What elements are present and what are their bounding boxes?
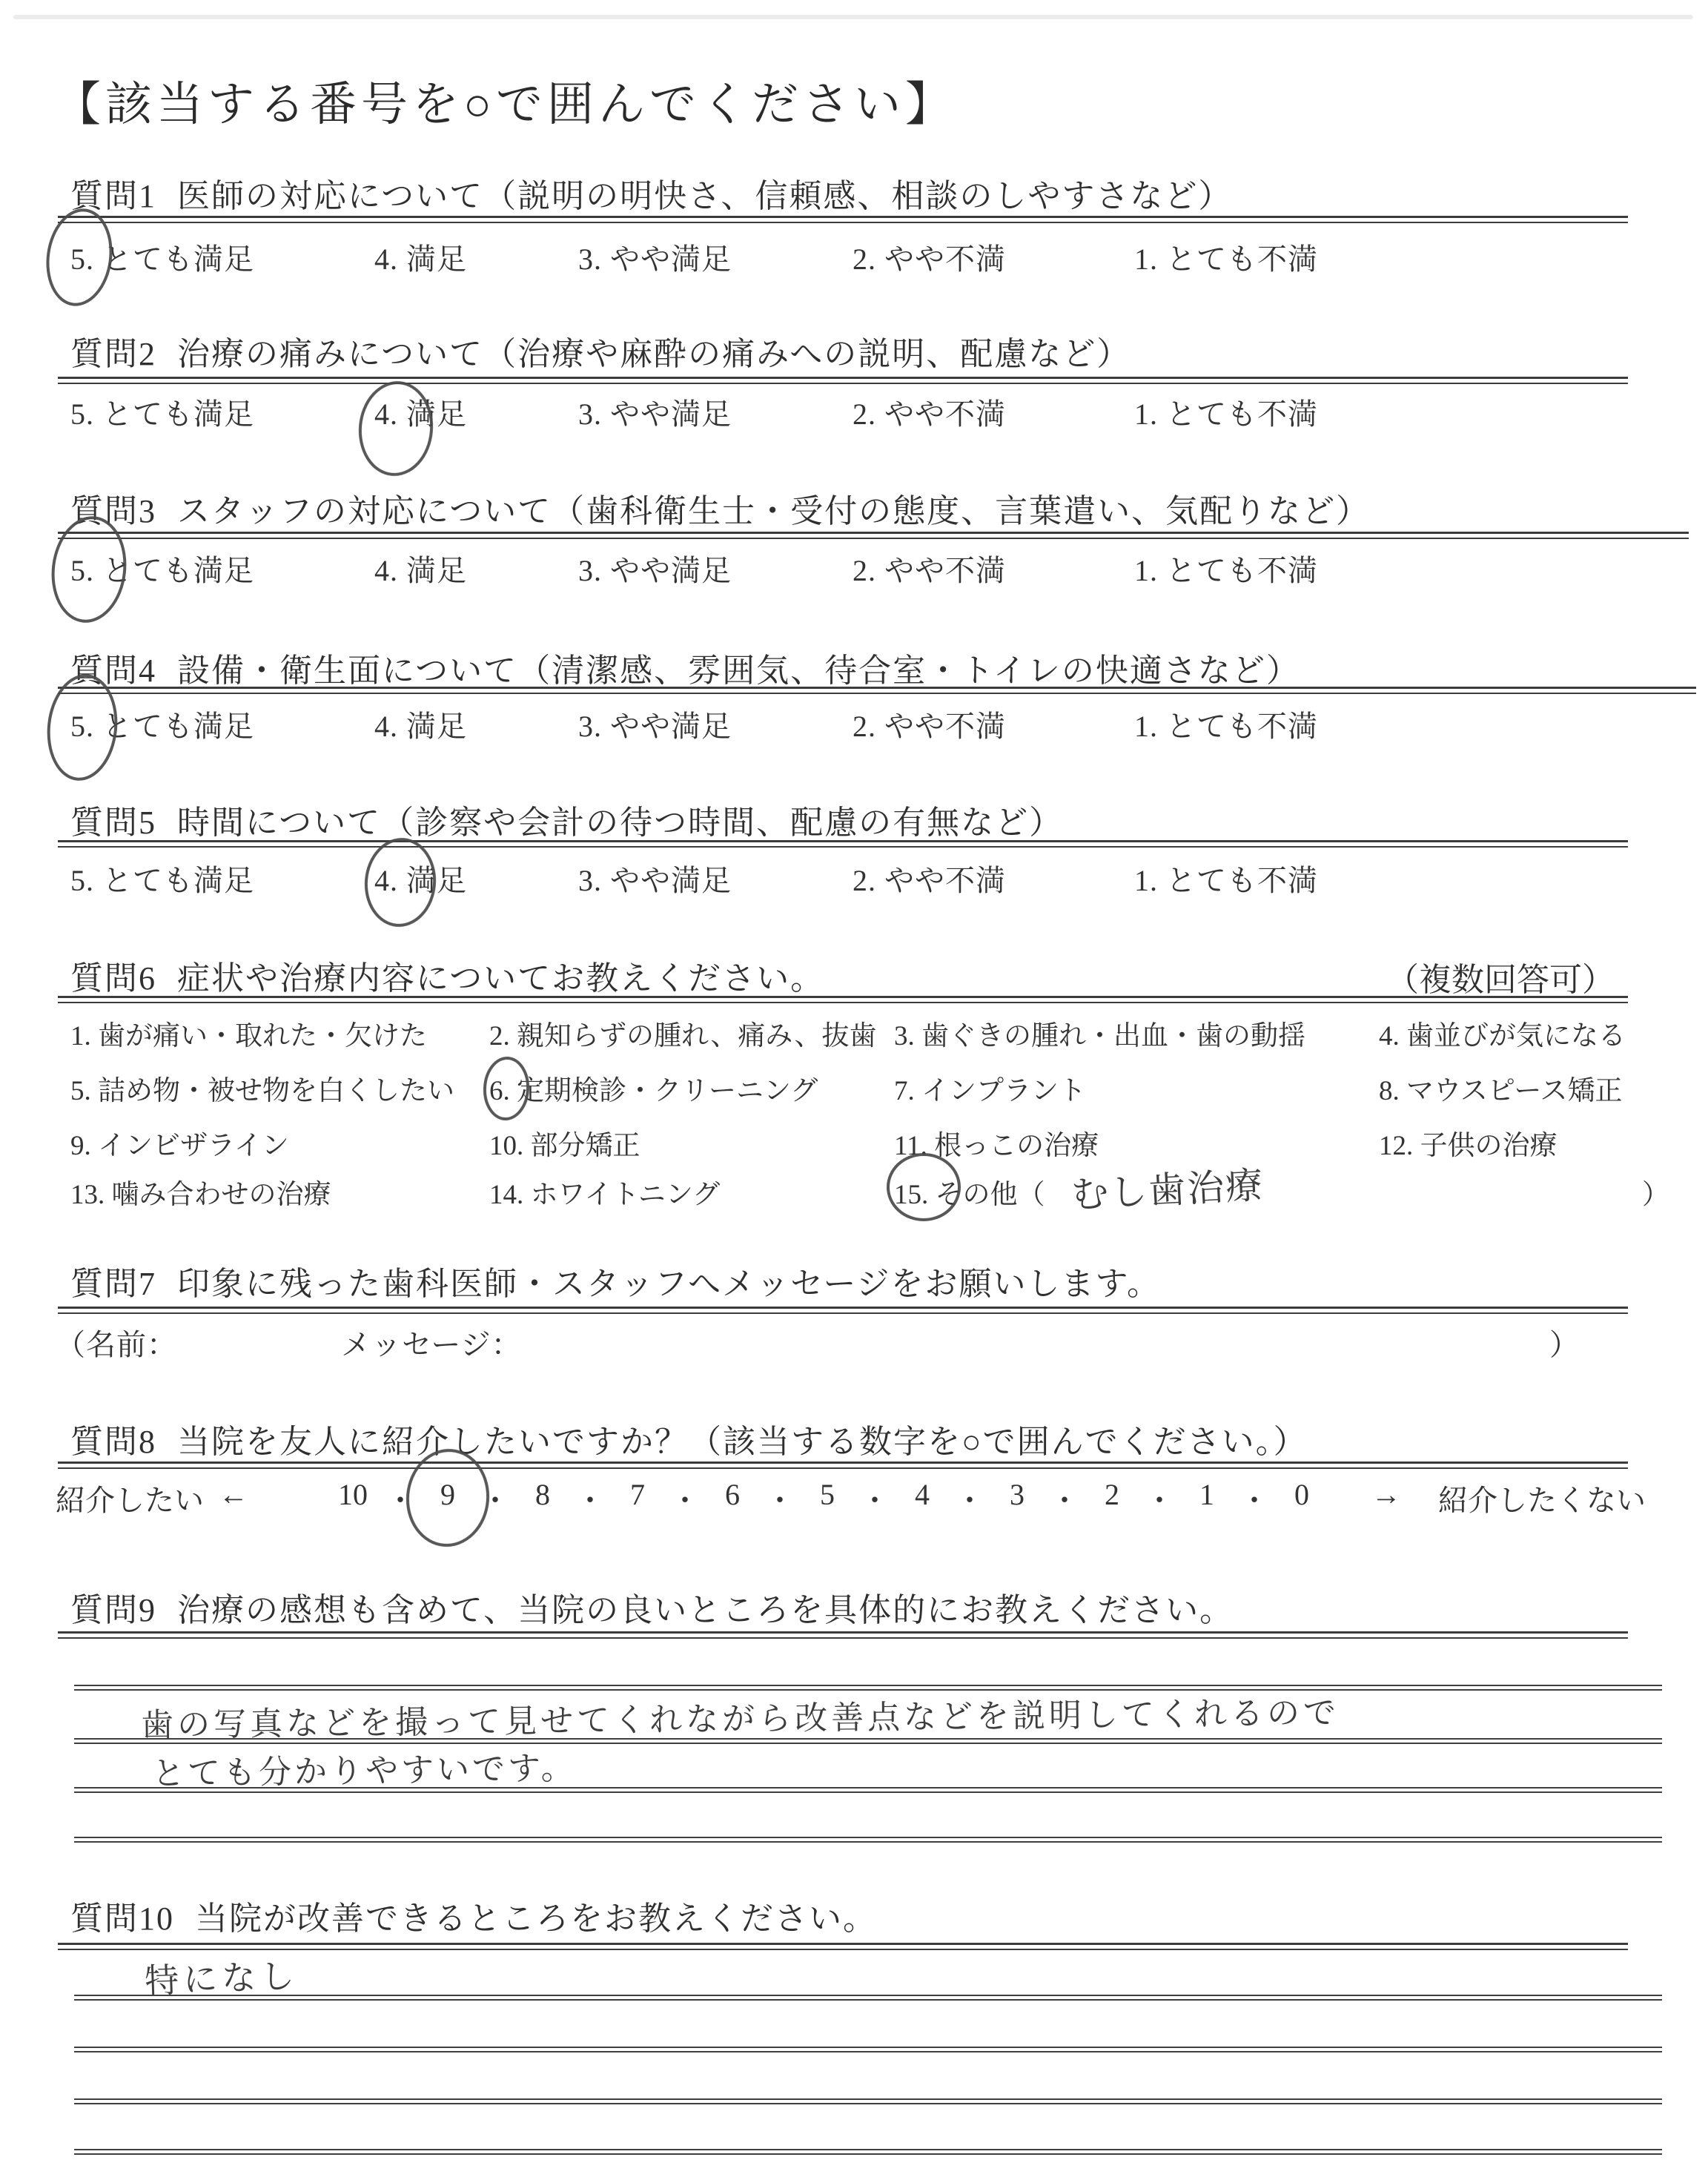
q7-name-label: （名前： [56, 1321, 177, 1364]
q7-title: 印象に残った歯科医師・スタッフへメッセージをお願いします。 [177, 1266, 1161, 1302]
q1-option-4: 4. 満足 [374, 236, 467, 278]
form-title: 【該当する番号を○で囲んでください】 [54, 67, 956, 134]
survey-sheet: 【該当する番号を○で囲んでください】 質問1医師の対応について（説明の明快さ、信… [0, 0, 1708, 2160]
q10-answer-line-3 [74, 2098, 1662, 2104]
q6-heading: 質問6症状や治療内容についてお教えください。 [70, 951, 824, 999]
q3-option-5: 5. とても満足 [70, 547, 254, 589]
q4-option-2: 2. やや不満 [853, 703, 1006, 745]
q9-rule [58, 1631, 1628, 1639]
q5-option-2: 2. やや不満 [853, 857, 1006, 899]
q6-option-11: 11. 根っこの治療 [894, 1123, 1099, 1163]
q8-scale-2: 2 [1082, 1477, 1142, 1512]
q1-option-2: 2. やや不満 [853, 236, 1006, 278]
q8-title: 当院を友人に紹介したいですか？（該当する数字を○で囲んでください。） [177, 1424, 1308, 1460]
q2-option-3: 3. やや満足 [578, 391, 732, 433]
q1-option-3: 3. やや満足 [578, 236, 732, 278]
q6-option-3: 3. 歯ぐきの腫れ・出血・歯の動揺 [894, 1013, 1305, 1053]
q3-title: スタッフの対応について（歯科衛生士・受付の態度、言葉遣い、気配りなど） [177, 493, 1370, 529]
q6-option-14: 14. ホワイトニング [489, 1172, 720, 1212]
q4-title: 設備・衛生面について（清潔感、雰囲気、待合室・トイレの快適さなど） [177, 653, 1300, 689]
q9-heading: 質問9治療の感想も含めて、当院の良いところを具体的にお教えください。 [70, 1583, 1234, 1631]
q6-option-15: 15. その他（ [894, 1172, 1045, 1212]
q4-number: 質問4 [70, 653, 156, 689]
q5-rule [58, 840, 1628, 848]
q2-option-1: 1. とても不満 [1134, 391, 1318, 433]
q6-number: 質問6 [70, 960, 156, 997]
q8-dot: ・ [382, 1477, 419, 1519]
q1-number: 質問1 [70, 178, 156, 214]
q10-answer-line-2 [74, 2047, 1662, 2052]
q6-option-10: 10. 部分矯正 [489, 1123, 640, 1163]
q8-right-arrow-icon: → [1371, 1477, 1401, 1512]
q2-option-2: 2. やや不満 [853, 391, 1006, 433]
q6-option-8: 8. マウスピース矯正 [1379, 1068, 1623, 1108]
q8-heading: 質問8当院を友人に紹介したいですか？（該当する数字を○で囲んでください。） [70, 1415, 1308, 1462]
q5-title: 時間について（診察や会計の待つ時間、配慮の有無など） [177, 805, 1063, 841]
q2-rule [58, 377, 1628, 384]
q5-option-3: 3. やや満足 [578, 857, 732, 899]
q1-title: 医師の対応について（説明の明快さ、信頼感、相談のしやすさなど） [177, 178, 1232, 214]
q6-option-13: 13. 噛み合わせの治療 [70, 1172, 331, 1212]
q3-option-4: 4. 満足 [374, 547, 467, 589]
q8-dot: ・ [572, 1477, 609, 1519]
q8-scale-4: 4 [893, 1477, 952, 1512]
q6-other-handwritten-answer: むし歯治療 [1070, 1155, 1265, 1219]
q2-heading: 質問2治療の痛みについて（治療や麻酔の痛みへの説明、配慮など） [70, 327, 1131, 374]
q5-number: 質問5 [70, 805, 156, 841]
q6-option-2: 2. 親知らずの腫れ、痛み、抜歯 [489, 1013, 876, 1053]
q1-rule [58, 216, 1628, 223]
q6-option-1: 1. 歯が痛い・取れた・欠けた [70, 1013, 427, 1053]
q9-answer-line-1 [74, 1685, 1662, 1691]
q1-option-1: 1. とても不満 [1134, 236, 1318, 278]
q8-number: 質問8 [70, 1424, 156, 1460]
q4-rule [58, 687, 1696, 694]
q5-option-5: 5. とても満足 [70, 857, 254, 899]
q10-title: 当院が改善できるところをお教えください。 [195, 1900, 877, 1937]
q9-number: 質問9 [70, 1592, 156, 1628]
q8-scale-0: 0 [1272, 1477, 1331, 1512]
q3-option-1: 1. とても不満 [1134, 547, 1318, 589]
q2-option-4: 4. 満足 [374, 391, 467, 433]
q8-scale-10: 10 [323, 1477, 383, 1512]
q5-heading: 質問5時間について（診察や会計の待つ時間、配慮の有無など） [70, 796, 1063, 843]
q6-rule [58, 996, 1628, 1003]
q8-dot: ・ [951, 1477, 988, 1519]
q8-scale-6: 6 [703, 1477, 762, 1512]
q10-answer-line-4 [74, 2149, 1662, 2155]
q6-option-5: 5. 詰め物・被せ物を白くしたい [70, 1068, 454, 1108]
q6-option-9: 9. インビザライン [70, 1123, 289, 1163]
q8-dot: ・ [856, 1477, 893, 1519]
q8-right-label: 紹介したくない [1438, 1477, 1646, 1519]
q3-option-2: 2. やや不満 [853, 547, 1006, 589]
q3-rule [58, 532, 1689, 539]
q8-rule [58, 1462, 1628, 1469]
q8-scale-8: 8 [513, 1477, 572, 1512]
q8-scale-7: 7 [608, 1477, 667, 1512]
q7-number: 質問7 [70, 1266, 156, 1302]
q8-left-arrow-icon: ← [219, 1477, 248, 1512]
q6-option-15-close-paren: ） [1642, 1172, 1669, 1212]
q10-answer-line-1 [74, 1995, 1662, 2001]
q7-rule [58, 1307, 1628, 1314]
scan-shadow-line [13, 15, 1693, 19]
q3-heading: 質問3スタッフの対応について（歯科衛生士・受付の態度、言葉遣い、気配りなど） [70, 484, 1370, 532]
q7-heading: 質問7印象に残った歯科医師・スタッフへメッセージをお願いします。 [70, 1257, 1161, 1304]
q8-scale-5: 5 [798, 1477, 857, 1512]
q8-dot: ・ [666, 1477, 704, 1519]
q10-heading: 質問10当院が改善できるところをお教えください。 [70, 1892, 877, 1939]
q6-option-4: 4. 歯並びが気になる [1379, 1013, 1626, 1053]
q8-dot: ・ [761, 1477, 798, 1519]
q9-answer-line-4 [74, 1837, 1662, 1843]
q3-number: 質問3 [70, 493, 156, 529]
q4-option-3: 3. やや満足 [578, 703, 732, 745]
q9-title: 治療の感想も含めて、当院の良いところを具体的にお教えください。 [177, 1592, 1234, 1628]
q2-option-5: 5. とても満足 [70, 391, 254, 433]
q8-scale-9: 9 [418, 1477, 477, 1512]
q5-option-4: 4. 満足 [374, 857, 467, 899]
q8-dot: ・ [477, 1477, 514, 1519]
q10-number: 質問10 [70, 1900, 174, 1937]
q6-multi-answer-note: （複数回答可） [1386, 953, 1615, 1000]
q4-option-4: 4. 満足 [374, 703, 467, 745]
q6-option-6: 6. 定期検診・クリーニング [489, 1068, 818, 1108]
q4-option-1: 1. とても不満 [1134, 703, 1318, 745]
q8-dot: ・ [1046, 1477, 1083, 1519]
q9-handwritten-answer-line1: 歯の写真などを撮って見せてくれながら改善点などを説明してくれるので [141, 1686, 1340, 1746]
q2-number: 質問2 [70, 336, 156, 372]
q7-close-paren: ） [1549, 1321, 1580, 1364]
q8-dot: ・ [1141, 1477, 1178, 1519]
q3-option-3: 3. やや満足 [578, 547, 732, 589]
q7-message-label: メッセージ： [341, 1321, 522, 1364]
q2-title: 治療の痛みについて（治療や麻酔の痛みへの説明、配慮など） [177, 336, 1131, 372]
q4-heading: 質問4設備・衛生面について（清潔感、雰囲気、待合室・トイレの快適さなど） [70, 644, 1300, 691]
q8-dot: ・ [1236, 1477, 1273, 1519]
q1-option-5: 5. とても満足 [70, 236, 254, 278]
q8-left-label: 紹介したい [56, 1477, 204, 1519]
q6-title: 症状や治療内容についてお教えください。 [177, 960, 824, 997]
q5-option-1: 1. とても不満 [1134, 857, 1318, 899]
q1-heading: 質問1医師の対応について（説明の明快さ、信頼感、相談のしやすさなど） [70, 169, 1232, 217]
q9-handwritten-answer-line2: とても分かりやすいです。 [152, 1741, 577, 1794]
q8-scale-1: 1 [1177, 1477, 1237, 1512]
q4-option-5: 5. とても満足 [70, 703, 254, 745]
q6-option-12: 12. 子供の治療 [1379, 1123, 1558, 1163]
q8-scale-3: 3 [987, 1477, 1047, 1512]
q6-option-7: 7. インプラント [894, 1068, 1086, 1108]
